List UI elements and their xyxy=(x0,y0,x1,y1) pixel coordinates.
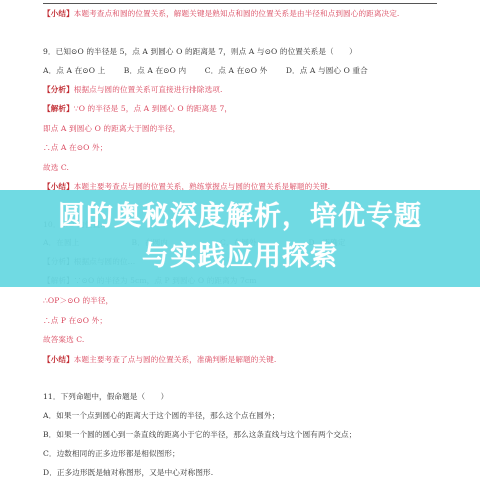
q9-option-c: C．点 A 在⊙O 外 xyxy=(205,66,268,76)
q9-option-a: A．点 A 在⊙O 上 xyxy=(43,66,105,76)
q9-solution-3: ∴点 A 在⊙O 外； xyxy=(43,143,107,153)
top-divider xyxy=(43,3,437,4)
solution-text: ∵O 的半径是 5，点 A 到圆心 O 的距离是 7， xyxy=(74,104,232,113)
banner-title-line1: 圆的奥秘深度解析，培优专题 xyxy=(0,200,480,234)
analysis-text: 根据点与圆的位置关系可直接进行排除选项. xyxy=(74,85,223,94)
q11-stem: 11．下列命题中，假命题是（ ） xyxy=(43,392,168,402)
q9-option-b: B．点 A 在⊙O 内 xyxy=(124,66,186,76)
q10-solution-4: 故答案选 C. xyxy=(43,335,84,345)
q10-summary: 【小结】本题主要考查了点与圆的位置关系，准确判断是解题的关键. xyxy=(43,355,276,365)
q10-solution-2: ∴OP＞⊙O 的半径， xyxy=(43,296,113,306)
top-summary: 【小结】本题考查点和圆的位置关系，解题关键是熟知点和圆的位置关系是由半径和点到圆… xyxy=(43,9,399,19)
summary-text: 本题主要考查了点与圆的位置关系，准确判断是解题的关键. xyxy=(74,355,277,364)
analysis-tag: 【分析】 xyxy=(43,85,74,94)
banner-title-line2: 与实践应用探索 xyxy=(0,240,480,274)
summary-text: 本题考查点和圆的位置关系，解题关键是熟知点和圆的位置关系是由半径和点到圆心的距离… xyxy=(74,9,400,18)
q11-option-d: D．正多边形既是轴对称图形，又是中心对称图形. xyxy=(43,468,213,478)
q9-solution-2: 即点 A 到圆心 O 的距离大于圆的半径， xyxy=(43,124,180,134)
q9-solution-1: 【解析】∵O 的半径是 5，点 A 到圆心 O 的距离是 7， xyxy=(43,104,232,114)
q9-option-d: D．点 A 与圆心 O 重合 xyxy=(286,66,368,76)
q9-solution-4: 故选 C. xyxy=(43,163,69,173)
summary-tag: 【小结】 xyxy=(43,9,74,18)
q11-option-b: B．如果一个圆的圆心到一条直线的距离小于它的半径，那么这条直线与这个圆有两个交点… xyxy=(43,430,356,440)
q11-option-c: C．边数相同的正多边形都是相似图形； xyxy=(43,449,180,459)
document-page: 【小结】本题考查点和圆的位置关系，解题关键是熟知点和圆的位置关系是由半径和点到圆… xyxy=(0,0,480,480)
q10-solution-3: ∴点 P 在⊙O 外； xyxy=(43,316,107,326)
q9-analysis: 【分析】根据点与圆的位置关系可直接进行排除选项. xyxy=(43,85,222,95)
q11-option-a: A．如果一个点到圆心的距离大于这个圆的半径，那么这个点在圆外； xyxy=(43,411,279,421)
q9-options: A．点 A 在⊙O 上 B．点 A 在⊙O 内 C．点 A 在⊙O 外 D．点 … xyxy=(43,66,368,76)
solution-tag: 【解析】 xyxy=(43,104,74,113)
summary-tag: 【小结】 xyxy=(43,355,74,364)
q9-stem: 9．已知⊙O 的半径是 5，点 A 到圆心 O 的距离是 7，则点 A 与⊙O … xyxy=(43,47,357,57)
